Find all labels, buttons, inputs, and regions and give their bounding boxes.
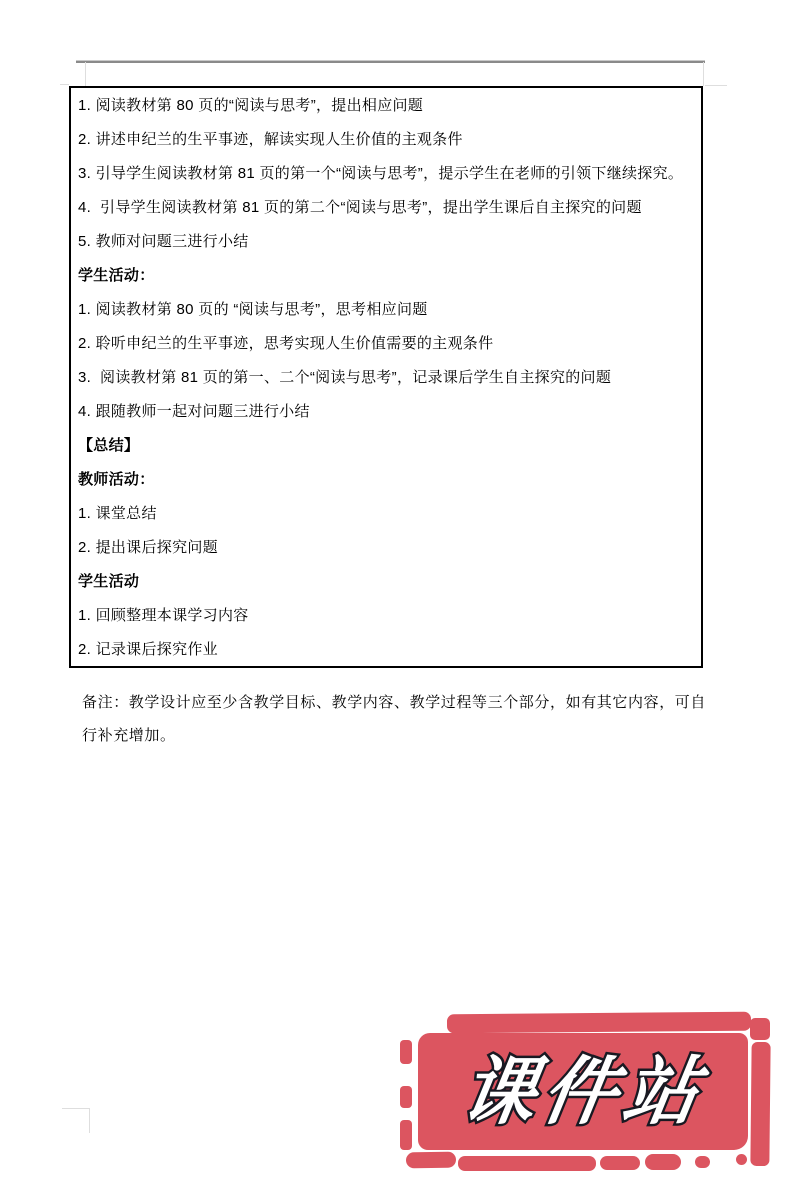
summary-heading: 【总结】	[78, 429, 695, 463]
stamp-frame-left	[400, 1120, 412, 1150]
student-activity-item-2: 2. 聆听申纪兰的生平事迹，思考实现人生价值需要的主观条件	[78, 327, 695, 361]
stamp-frame-top	[447, 1012, 751, 1034]
stamp-body: 课件站	[418, 1033, 748, 1150]
gridline-mark	[705, 85, 727, 86]
stamp-frame-right	[750, 1018, 770, 1040]
stamp-frame-bottom	[600, 1156, 640, 1170]
teacher-activity-item-1: 1. 阅读教材第 80 页的“阅读与思考”，提出相应问题	[78, 89, 695, 123]
stamp-frame-left	[400, 1040, 412, 1064]
table-row-divider	[76, 60, 705, 63]
student-activities-heading: 学生活动：	[78, 259, 695, 293]
summary-teacher-item-2: 2. 提出课后探究问题	[78, 531, 695, 565]
teacher-activity-item-3: 3. 引导学生阅读教材第 81 页的第一个“阅读与思考”，提示学生在老师的引领下…	[78, 157, 695, 191]
student-activity-item-4: 4. 跟随教师一起对问题三进行小结	[78, 395, 695, 429]
student-activity-item-3: 3. 阅读教材第 81 页的第一、二个“阅读与思考”，记录课后学生自主探究的问题	[78, 361, 695, 395]
student-activities-heading-2: 学生活动	[78, 565, 695, 599]
teacher-activity-item-5: 5. 教师对问题三进行小结	[78, 225, 695, 259]
gridline-mark	[703, 62, 704, 86]
kejianzhan-watermark-stamp: 课件站	[398, 1004, 776, 1184]
text-boundary-mark	[89, 1108, 90, 1133]
stamp-frame-bottom	[458, 1156, 596, 1171]
stamp-frame-left	[400, 1086, 412, 1108]
teacher-activity-item-2: 2. 讲述申纪兰的生平事迹，解读实现人生价值的主观条件	[78, 123, 695, 157]
summary-student-item-2: 2. 记录课后探究作业	[78, 633, 695, 667]
gridline-mark	[60, 84, 69, 85]
stamp-frame-bottom	[645, 1154, 681, 1170]
stamp-frame-bottom	[695, 1156, 710, 1168]
stamp-frame-bottom	[736, 1154, 747, 1165]
text-boundary-mark	[62, 1108, 89, 1109]
stamp-brand-text: 课件站	[456, 1055, 711, 1129]
teacher-activities-heading: 教师活动：	[78, 463, 695, 497]
student-activity-item-1: 1. 阅读教材第 80 页的 “阅读与思考”，思考相应问题	[78, 293, 695, 327]
document-page: 1. 阅读教材第 80 页的“阅读与思考”，提出相应问题 2. 讲述申纪兰的生平…	[0, 0, 800, 1200]
lesson-plan-table-cell: 1. 阅读教材第 80 页的“阅读与思考”，提出相应问题 2. 讲述申纪兰的生平…	[69, 86, 703, 668]
teacher-activity-item-4: 4. 引导学生阅读教材第 81 页的第二个“阅读与思考”，提出学生课后自主探究的…	[78, 191, 695, 225]
stamp-frame-right	[750, 1042, 770, 1166]
summary-student-item-1: 1. 回顾整理本课学习内容	[78, 599, 695, 633]
stamp-frame-bottom	[406, 1152, 456, 1169]
remark-note: 备注：教学设计应至少含教学目标、教学内容、教学过程等三个部分，如有其它内容，可自…	[82, 686, 714, 752]
summary-teacher-item-1: 1. 课堂总结	[78, 497, 695, 531]
gridline-mark	[85, 62, 86, 86]
